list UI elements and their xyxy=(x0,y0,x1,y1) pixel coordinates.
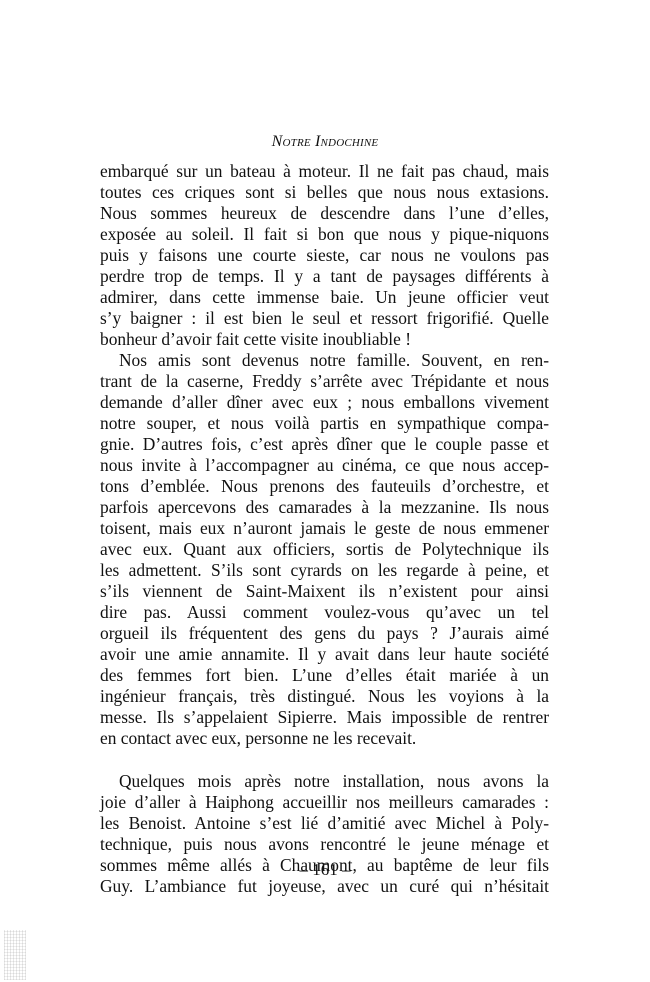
text-line: les Benoist. Antoine s’est lié d’amitié … xyxy=(100,813,549,834)
running-header: Notre Indochine xyxy=(0,133,650,151)
text-line: Nous sommes heureux de descendre dans l’… xyxy=(100,203,549,224)
text-line: avoir une amie annamite. Il y avait dans… xyxy=(100,644,549,665)
text-line: parfois apercevons des camarades à la me… xyxy=(100,497,549,518)
body-text: embarqué sur un bateau à moteur. Il ne f… xyxy=(100,161,549,897)
text-line: tons d’emblée. Nous prenons des fauteuil… xyxy=(100,476,549,497)
text-line: des femmes fort bien. L’une d’elles étai… xyxy=(100,665,549,686)
scan-artifact xyxy=(4,930,26,980)
text-line: ingénieur français, très distingué. Nous… xyxy=(100,686,549,707)
text-line: s’y baigner : il est bien le seul et res… xyxy=(100,308,549,329)
text-line: Quelques mois après notre installation, … xyxy=(100,771,549,792)
text-line: exposée au soleil. Il fait si bon que no… xyxy=(100,224,549,245)
text-line: nous invite à l’accompagner au cinéma, c… xyxy=(100,455,549,476)
text-line: s’ils viennent de Saint-Maixent ils n’ex… xyxy=(100,581,549,602)
book-page: Notre Indochine embarqué sur un bateau à… xyxy=(0,0,650,982)
text-line: admirer, dans cette immense baie. Un jeu… xyxy=(100,287,549,308)
text-line: orgueil ils fréquentent des gens du pays… xyxy=(100,623,549,644)
text-line: Nos amis sont devenus notre famille. Sou… xyxy=(100,350,549,371)
paragraph-spacer xyxy=(100,749,549,771)
text-line: les admettent. S’ils sont cyrards on les… xyxy=(100,560,549,581)
text-line: embarqué sur un bateau à moteur. Il ne f… xyxy=(100,161,549,182)
text-line: technique, puis nous avons rencontré le … xyxy=(100,834,549,855)
text-line: trant de la caserne, Freddy s’arrête ave… xyxy=(100,371,549,392)
text-line: messe. Ils s’appelaient Sipierre. Mais i… xyxy=(100,707,549,728)
text-line: joie d’aller à Haiphong accueillir nos m… xyxy=(100,792,549,813)
paragraph: embarqué sur un bateau à moteur. Il ne f… xyxy=(100,161,549,350)
text-line: perdre trop de temps. Il y a tant de pay… xyxy=(100,266,549,287)
text-line: bonheur d’avoir fait cette visite inoubl… xyxy=(100,329,549,350)
text-line: toutes ces criques sont si belles que no… xyxy=(100,182,549,203)
page-number: – 161 – xyxy=(0,860,650,880)
text-line: toisent, mais eux n’auront jamais le ges… xyxy=(100,518,549,539)
text-line: en contact avec eux, personne ne les rec… xyxy=(100,728,549,749)
text-line: gnie. D’autres fois, c’est après dîner q… xyxy=(100,434,549,455)
paragraph: Nos amis sont devenus notre famille. Sou… xyxy=(100,350,549,749)
text-line: dire pas. Aussi comment voulez-vous qu’a… xyxy=(100,602,549,623)
text-line: demande d’aller dîner avec eux ; nous em… xyxy=(100,392,549,413)
text-line: avec eux. Quant aux officiers, sortis de… xyxy=(100,539,549,560)
text-line: puis y faisons une courte sieste, car no… xyxy=(100,245,549,266)
text-line: notre souper, et nous voilà partis en sy… xyxy=(100,413,549,434)
